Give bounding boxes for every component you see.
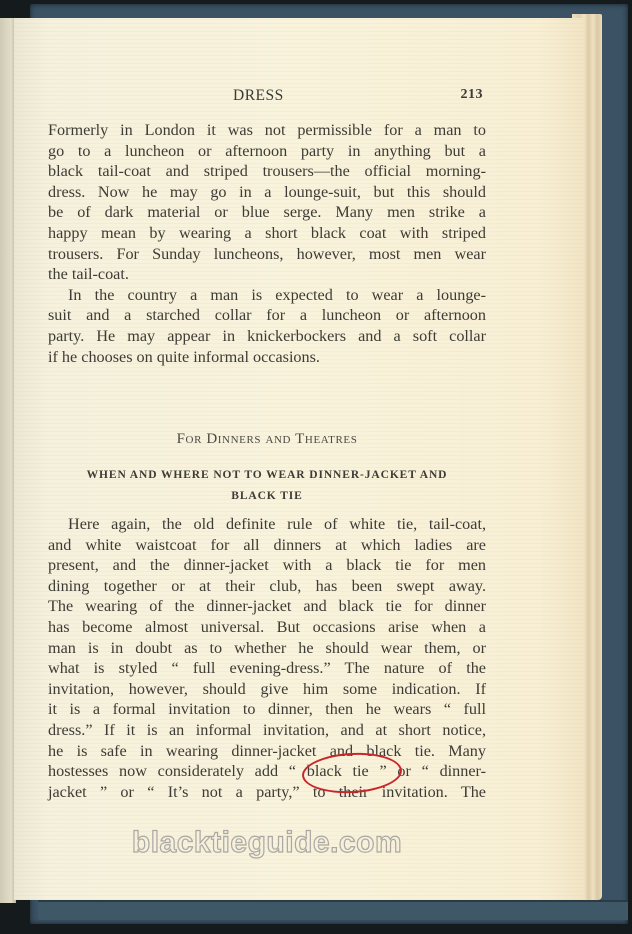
text-line: jacket ” or “ It’s not a party,” to thei… <box>48 782 486 803</box>
text-line: present, and the dinner-jacket with a bl… <box>48 555 486 576</box>
text-line: the tail-coat. <box>48 264 486 285</box>
text-line: happy mean by wearing a short black coat… <box>48 223 486 244</box>
paragraph: In the country a man is expected to wear… <box>48 285 486 367</box>
text-line: Formerly in London it was not permissibl… <box>48 120 486 141</box>
text-line: it is a formal invitation to dinner, the… <box>48 699 486 720</box>
watermark: blacktieguide.com <box>48 826 486 860</box>
text-line: hostesses now considerately add “ black … <box>48 761 486 782</box>
text-block-2: Here again, the old definite rule of whi… <box>48 514 486 802</box>
text-line: what is styled “ full evening-dress.” Th… <box>48 658 486 679</box>
text-line: In the country a man is expected to wear… <box>48 285 486 306</box>
text-block-1: Formerly in London it was not permissibl… <box>48 120 486 367</box>
text-line: dining together or at their club, has be… <box>48 576 486 597</box>
text-line: dress. Now he may go in a lounge-suit, b… <box>48 182 486 203</box>
text-line: The wearing of the dinner-jacket and bla… <box>48 596 486 617</box>
subheading-line: BLACK TIE <box>48 486 486 507</box>
book-cover-bottom-edge <box>38 900 628 920</box>
page-number: 213 <box>461 87 484 103</box>
text-line: party. He may appear in knickerbockers a… <box>48 326 486 347</box>
text-line: be of dark material or blue serge. Many … <box>48 202 486 223</box>
text-line: Here again, the old definite rule of whi… <box>48 514 486 535</box>
chapter-title: DRESS <box>233 87 284 105</box>
text-line: he is safe in wearing dinner-jacket and … <box>48 741 486 762</box>
subheading-line: WHEN AND WHERE NOT TO WEAR DINNER-JACKET… <box>48 465 486 486</box>
text-line: black tail-coat and striped trousers—the… <box>48 161 486 182</box>
paragraph: Formerly in London it was not permissibl… <box>48 120 486 285</box>
text-line: if he chooses on quite informal occasion… <box>48 347 486 368</box>
text-line: and white waistcoat for all dinners at w… <box>48 535 486 556</box>
text-line: trousers. For Sunday luncheons, however,… <box>48 244 486 265</box>
text-line: man is in doubt as to whether he should … <box>48 638 486 659</box>
paragraph: Here again, the old definite rule of whi… <box>48 514 486 802</box>
text-line: invitation, however, should give him som… <box>48 679 486 700</box>
text-line: dress.” If it is an informal invitation,… <box>48 720 486 741</box>
text-line: has become almost universal. But occasio… <box>48 617 486 638</box>
text-line: go to a luncheon or afternoon party in a… <box>48 141 486 162</box>
running-header: DRESS 213 <box>48 87 485 109</box>
section-title: For Dinners and Theatres <box>48 431 486 448</box>
text-line: suit and a starched collar for a luncheo… <box>48 305 486 326</box>
